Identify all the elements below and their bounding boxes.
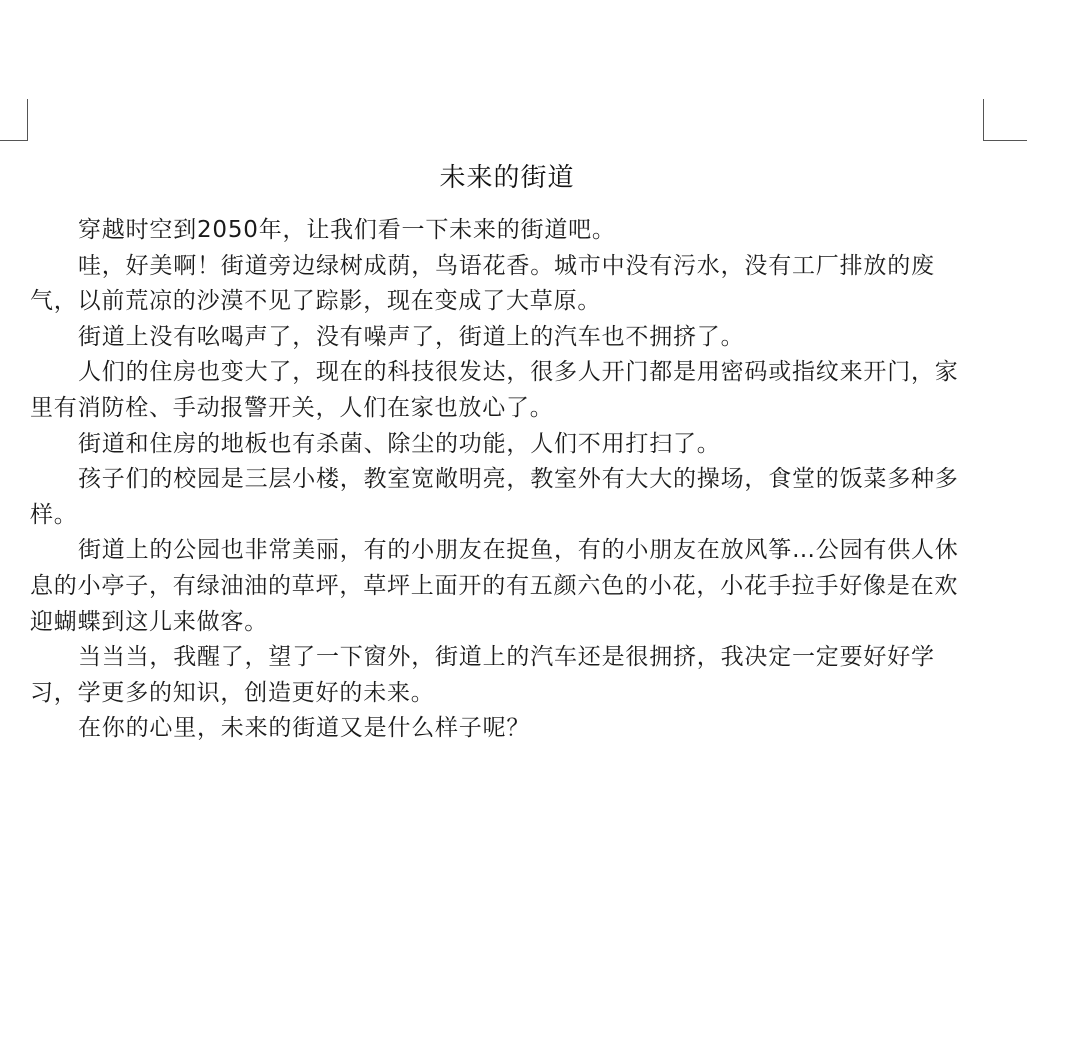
top-right-margin-marker: [983, 99, 1027, 141]
paragraph-7-line-2: 息的小亭子，有绿油油的草坪，草坪上面开的有五颜六色的小花，小花手拉手好像是在欢: [30, 569, 990, 605]
paragraph-9-line-1: 在你的心里，未来的街道又是什么样子呢？: [30, 711, 990, 747]
paragraph-7-line-3: 迎蝴蝶到这儿来做客。: [30, 605, 990, 641]
paragraph-5-line-1: 街道和住房的地板也有杀菌、除尘的功能，人们不用打扫了。: [30, 427, 990, 463]
paragraph-4-line-1: 人们的住房也变大了，现在的科技很发达，很多人开门都是用密码或指纹来开门，家: [30, 355, 990, 391]
paragraph-7-line-1: 街道上的公园也非常美丽，有的小朋友在捉鱼，有的小朋友在放风筝…公园有供人休: [30, 533, 990, 569]
paragraph-2-line-1: 哇，好美啊！街道旁边绿树成荫，鸟语花香。城市中没有污水，没有工厂排放的废: [30, 249, 990, 285]
paragraph-6-line-2: 样。: [30, 498, 990, 534]
paragraph-8-line-2: 习，学更多的知识，创造更好的未来。: [30, 676, 990, 712]
paragraph-6-line-1: 孩子们的校园是三层小楼，教室宽敞明亮，教室外有大大的操场，食堂的饭菜多种多: [30, 462, 990, 498]
paragraph-1-line-1: 穿越时空到2050年，让我们看一下未来的街道吧。: [30, 213, 990, 249]
paragraph-2-line-2: 气，以前荒凉的沙漠不见了踪影，现在变成了大草原。: [30, 284, 990, 320]
top-left-margin-marker: [0, 99, 28, 141]
paragraph-8-line-1: 当当当，我醒了，望了一下窗外，街道上的汽车还是很拥挤，我决定一定要好好学: [30, 640, 990, 676]
document-title: 未来的街道: [30, 160, 984, 196]
paragraph-4-line-2: 里有消防栓、手动报警开关，人们在家也放心了。: [30, 391, 990, 427]
paragraph-3-line-1: 街道上没有吆喝声了，没有噪声了，街道上的汽车也不拥挤了。: [30, 320, 990, 356]
document-page: 未来的街道 穿越时空到2050年，让我们看一下未来的街道吧。 哇，好美啊！街道旁…: [0, 0, 1080, 1060]
document-body: 穿越时空到2050年，让我们看一下未来的街道吧。 哇，好美啊！街道旁边绿树成荫，…: [30, 213, 990, 747]
